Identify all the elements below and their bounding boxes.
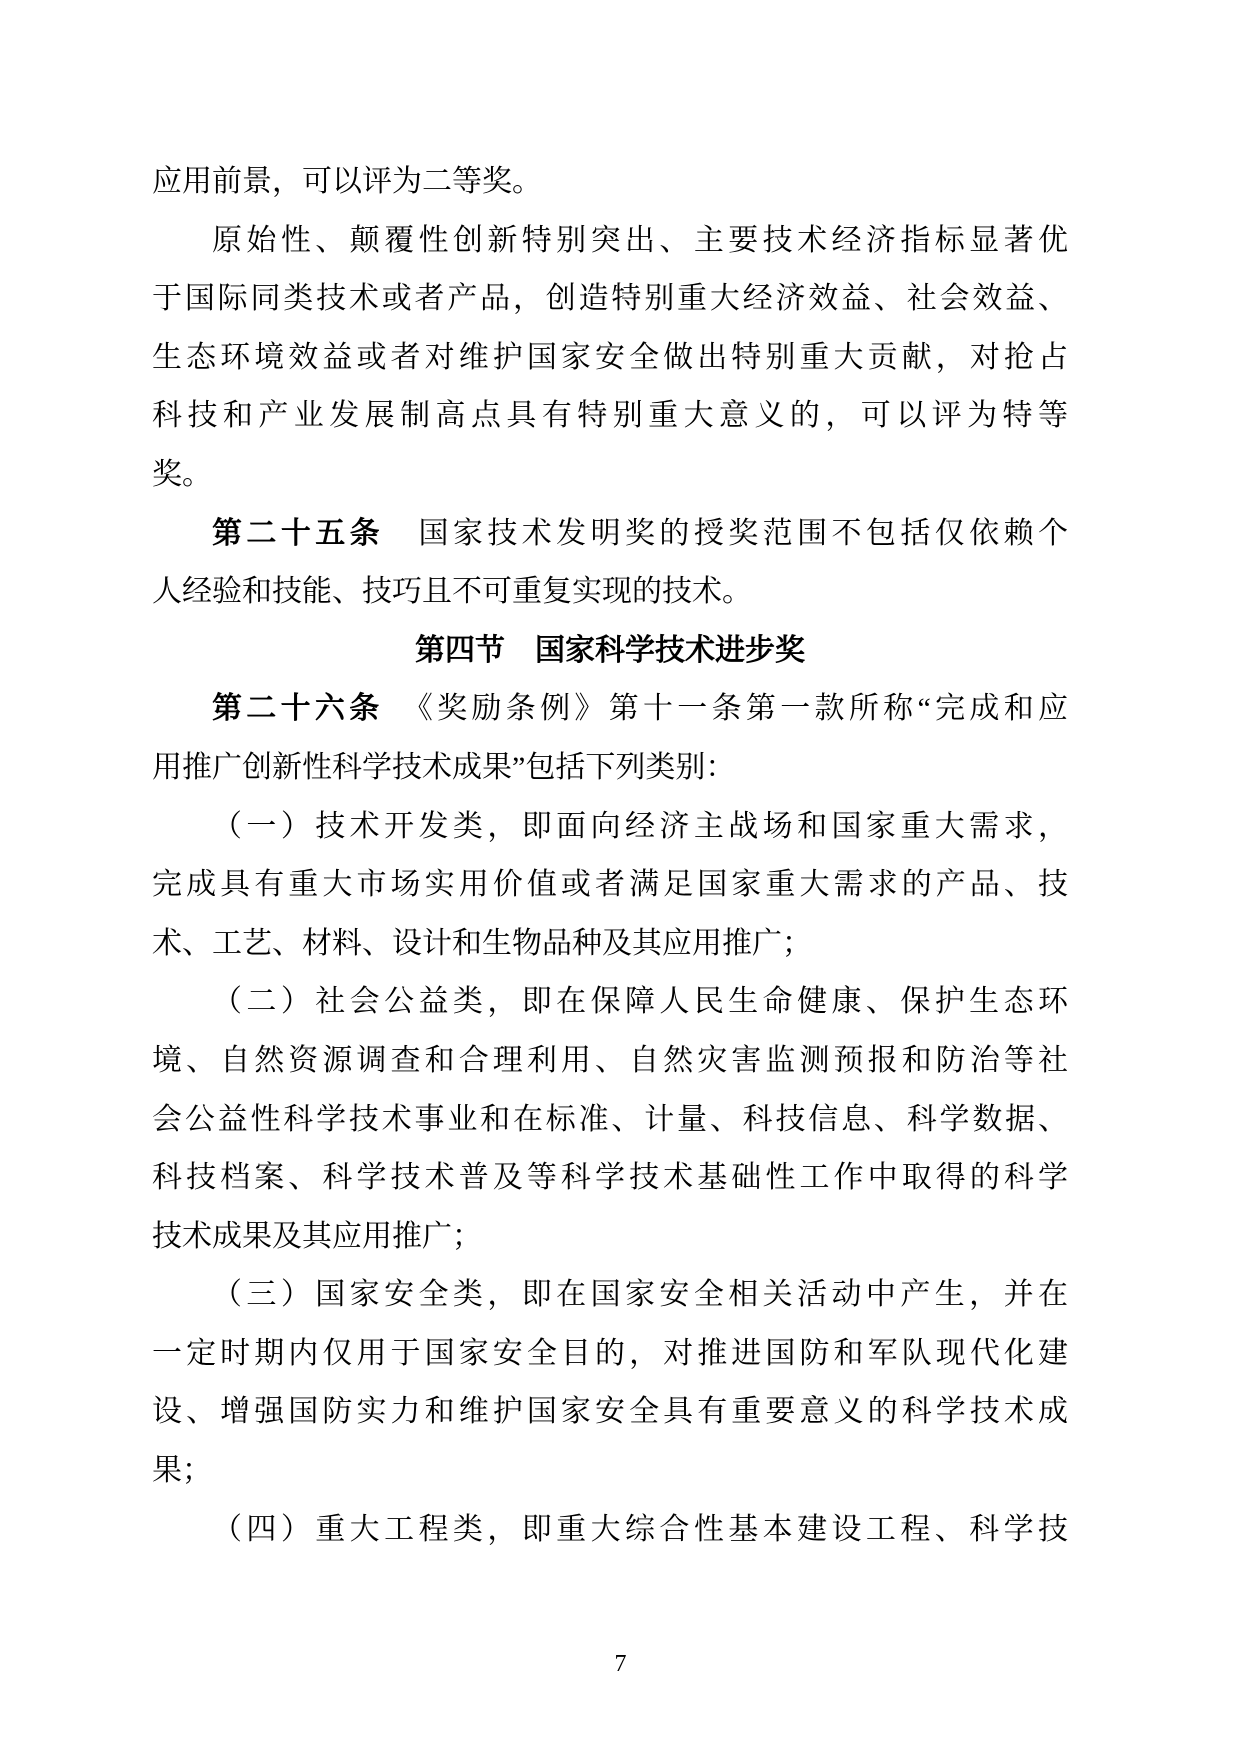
body-text: （一）技术开发类，即面向经济主战场和国家重大需求， — [212, 810, 1068, 843]
text-line: 科技档案、科学技术普及等科学技术基础性工作中取得的科学 — [152, 1149, 1068, 1208]
text-line: （一）技术开发类，即面向经济主战场和国家重大需求， — [152, 798, 1068, 857]
body-text: 设、增强国防实力和维护国家安全具有重要意义的科学技术成 — [152, 1395, 1068, 1428]
text-line: 第二十五条 国家技术发明奖的授奖范围不包括仅依赖个 — [152, 505, 1068, 564]
text-line: 一定时期内仅用于国家安全目的，对推进国防和军队现代化建 — [152, 1325, 1068, 1384]
body-text: （三）国家安全类，即在国家安全相关活动中产生，并在 — [212, 1278, 1068, 1311]
text-line: 用推广创新性科学技术成果”包括下列类别： — [152, 739, 1068, 798]
body-text: （二）社会公益类，即在保障人民生命健康、保护生态环 — [212, 985, 1068, 1018]
body-text: 一定时期内仅用于国家安全目的，对推进国防和军队现代化建 — [152, 1337, 1068, 1370]
body-text: （四）重大工程类，即重大综合性基本建设工程、科学技 — [212, 1513, 1068, 1546]
text-line: 科技和产业发展制高点具有特别重大意义的，可以评为特等 — [152, 387, 1068, 446]
document-body: 应用前景，可以评为二等奖。原始性、颠覆性创新特别突出、主要技术经济指标显著优于国… — [152, 153, 1068, 1559]
text-line: 会公益性科学技术事业和在标准、计量、科技信息、科学数据、 — [152, 1091, 1068, 1150]
body-text: 应用前景，可以评为二等奖。 — [152, 165, 542, 198]
body-text: 《奖励条例》第十一条第一款所称“完成和应 — [384, 692, 1068, 725]
text-line: 奖。 — [152, 446, 1068, 505]
text-line: 境、自然资源调查和合理利用、自然灾害监测预报和防治等社 — [152, 1032, 1068, 1091]
text-line: 原始性、颠覆性创新特别突出、主要技术经济指标显著优 — [152, 212, 1068, 271]
text-line: （二）社会公益类，即在保障人民生命健康、保护生态环 — [152, 973, 1068, 1032]
body-text: 科技档案、科学技术普及等科学技术基础性工作中取得的科学 — [152, 1161, 1068, 1194]
bold-text: 第二十五条 — [212, 517, 384, 550]
page-number: 7 — [0, 1650, 1241, 1678]
body-text: 原始性、颠覆性创新特别突出、主要技术经济指标显著优 — [212, 224, 1068, 257]
body-text: 境、自然资源调查和合理利用、自然灾害监测预报和防治等社 — [152, 1044, 1068, 1077]
body-text: 科技和产业发展制高点具有特别重大意义的，可以评为特等 — [152, 399, 1068, 432]
section-heading: 第四节 国家科学技术进步奖 — [152, 622, 1068, 681]
text-line: 完成具有重大市场实用价值或者满足国家重大需求的产品、技 — [152, 856, 1068, 915]
body-text: 完成具有重大市场实用价值或者满足国家重大需求的产品、技 — [152, 868, 1068, 901]
body-text: 术、工艺、材料、设计和生物品种及其应用推广； — [152, 927, 812, 960]
body-text: 生态环境效益或者对维护国家安全做出特别重大贡献，对抢占 — [152, 341, 1068, 374]
body-text: 奖。 — [152, 458, 212, 491]
text-line: 术、工艺、材料、设计和生物品种及其应用推广； — [152, 915, 1068, 974]
bold-text: 第四节 国家科学技术进步奖 — [415, 634, 805, 667]
text-line: 人经验和技能、技巧且不可重复实现的技术。 — [152, 563, 1068, 622]
text-line: 于国际同类技术或者产品，创造特别重大经济效益、社会效益、 — [152, 270, 1068, 329]
body-text: 技术成果及其应用推广； — [152, 1220, 482, 1253]
text-line: 应用前景，可以评为二等奖。 — [152, 153, 1068, 212]
text-line: 第二十六条 《奖励条例》第十一条第一款所称“完成和应 — [152, 680, 1068, 739]
body-text: 会公益性科学技术事业和在标准、计量、科技信息、科学数据、 — [152, 1103, 1068, 1136]
body-text: 国家技术发明奖的授奖范围不包括仅依赖个 — [384, 517, 1068, 550]
text-line: 生态环境效益或者对维护国家安全做出特别重大贡献，对抢占 — [152, 329, 1068, 388]
body-text: 用推广创新性科学技术成果”包括下列类别： — [152, 751, 735, 784]
text-line: （四）重大工程类，即重大综合性基本建设工程、科学技 — [152, 1501, 1068, 1560]
body-text: 于国际同类技术或者产品，创造特别重大经济效益、社会效益、 — [152, 282, 1068, 315]
bold-text: 第二十六条 — [212, 692, 384, 725]
text-line: 设、增强国防实力和维护国家安全具有重要意义的科学技术成 — [152, 1383, 1068, 1442]
body-text: 人经验和技能、技巧且不可重复实现的技术。 — [152, 575, 752, 608]
text-line: 果； — [152, 1442, 1068, 1501]
text-line: 技术成果及其应用推广； — [152, 1208, 1068, 1267]
body-text: 果； — [152, 1454, 212, 1487]
document-page: 应用前景，可以评为二等奖。原始性、颠覆性创新特别突出、主要技术经济指标显著优于国… — [0, 0, 1241, 1754]
text-line: （三）国家安全类，即在国家安全相关活动中产生，并在 — [152, 1266, 1068, 1325]
